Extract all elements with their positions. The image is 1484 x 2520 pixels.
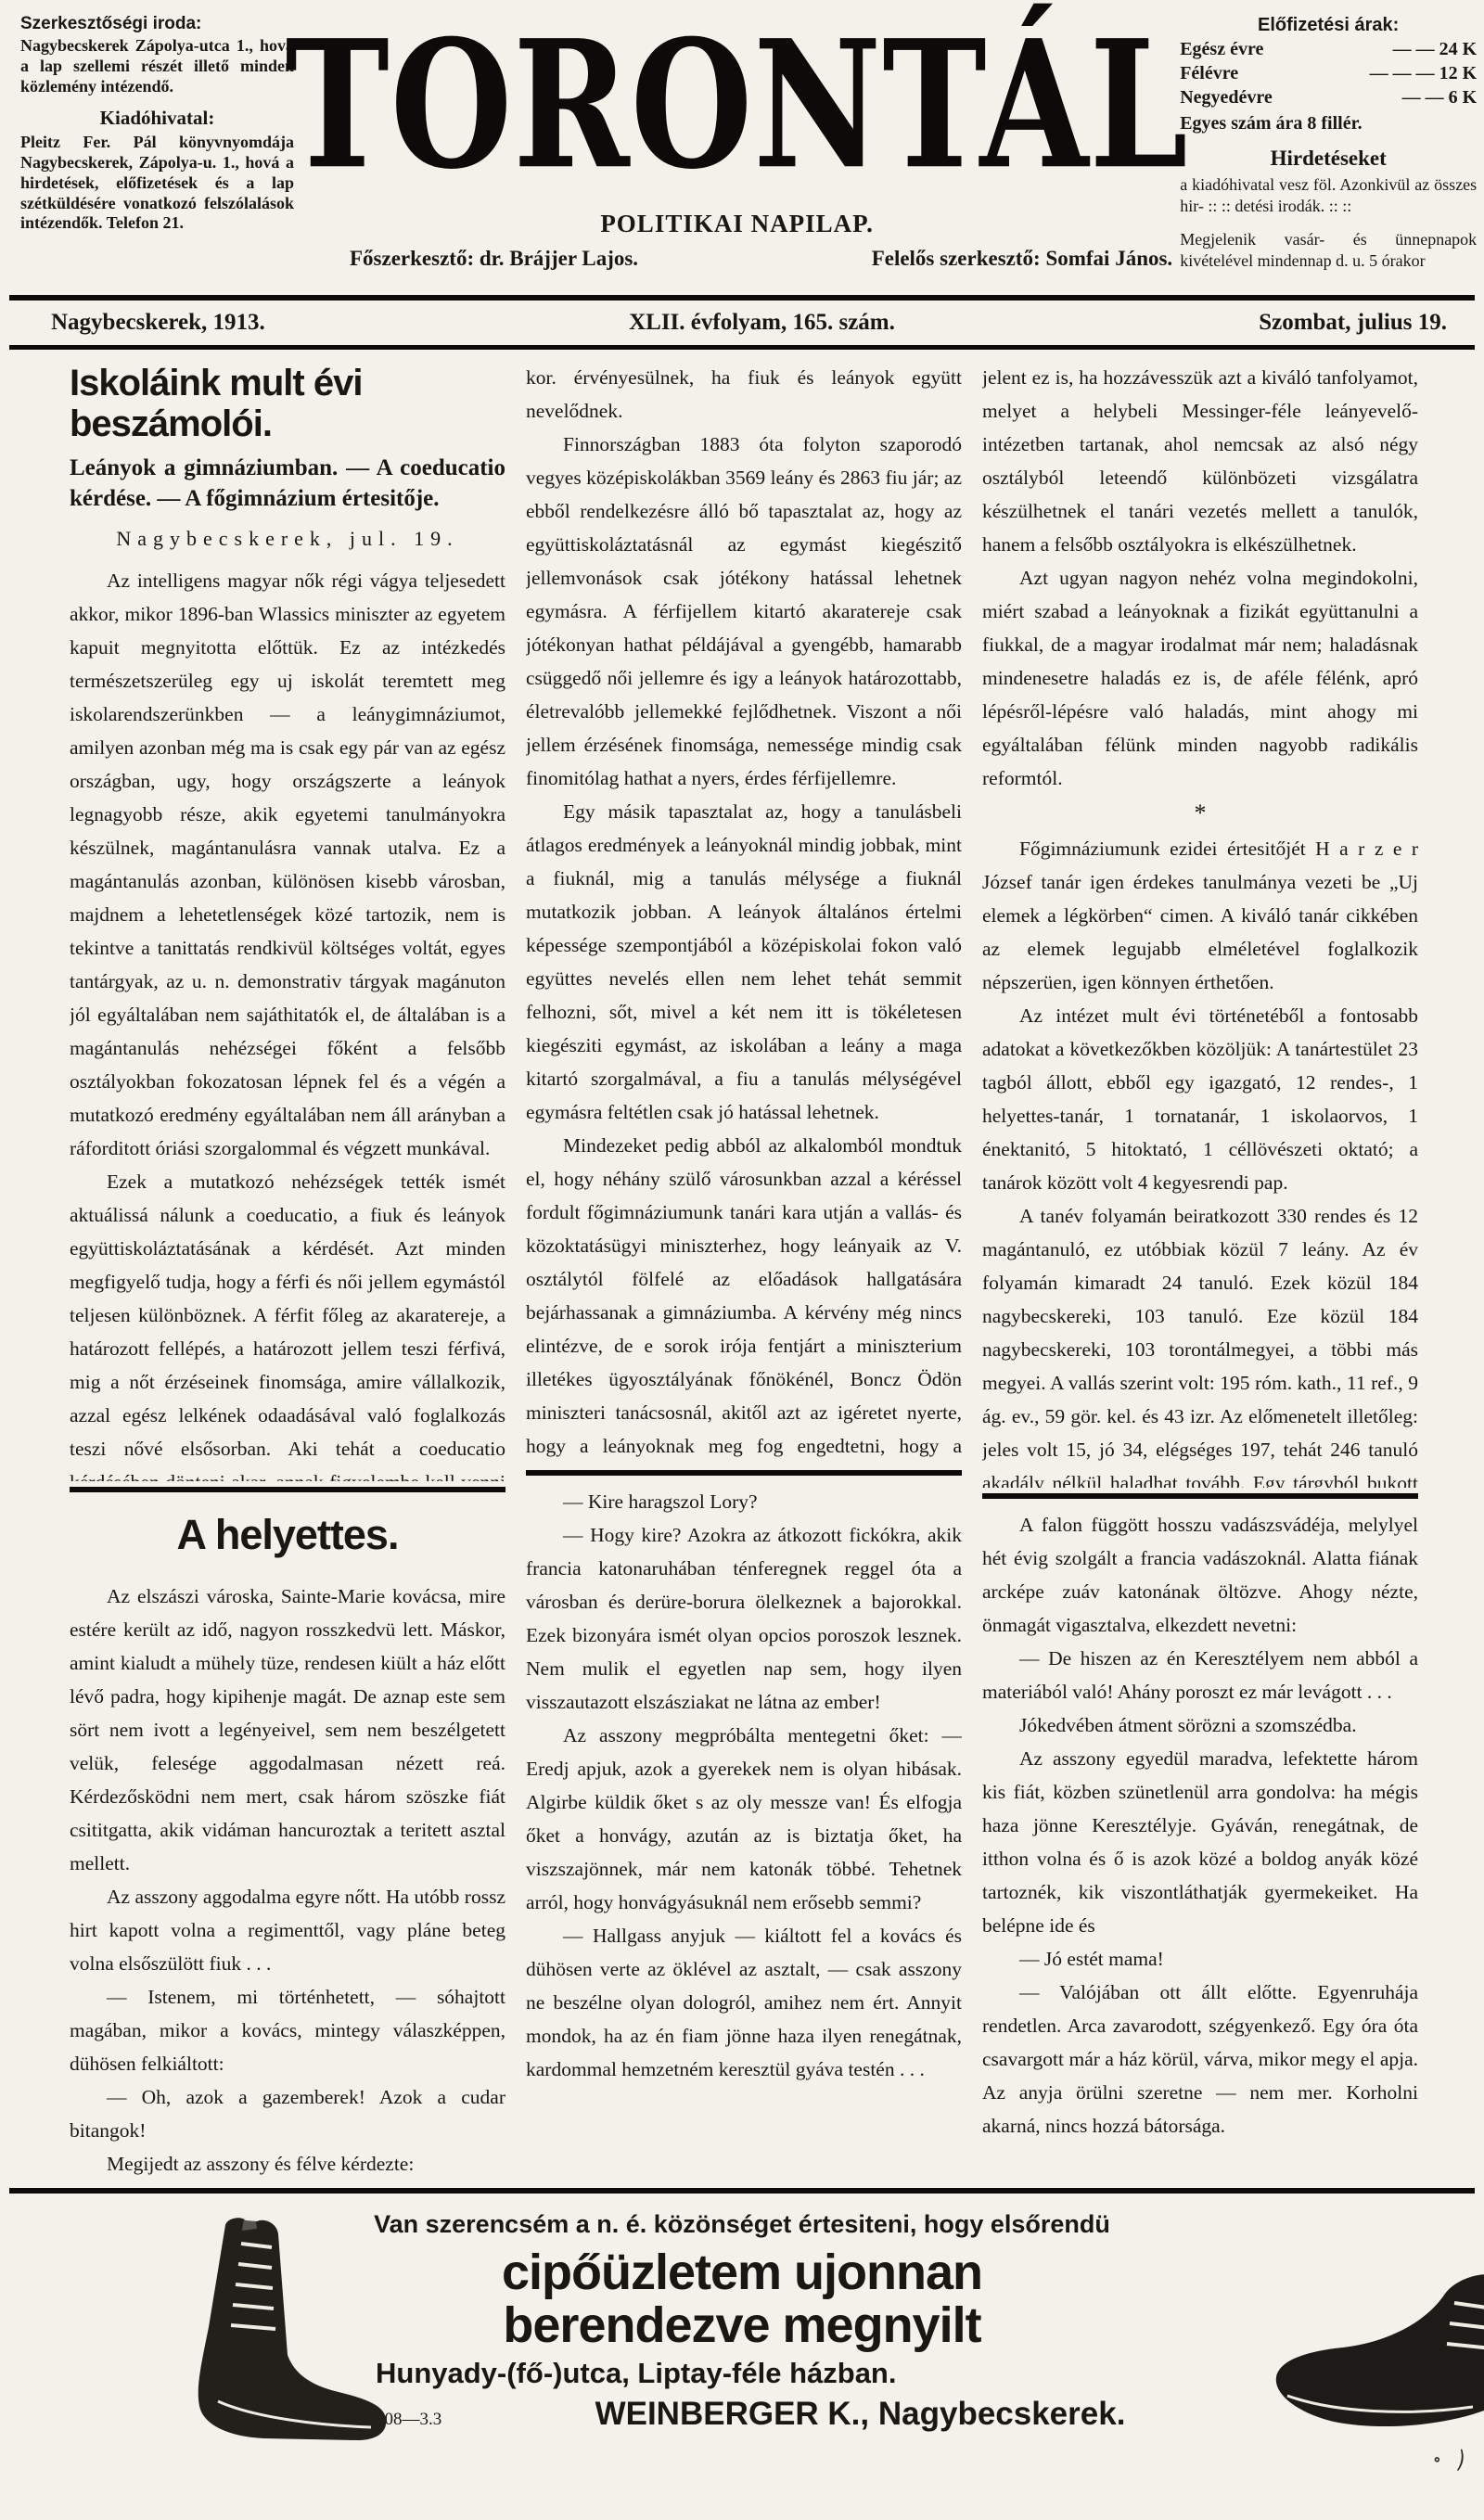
editorial-office-title: Szerkesztőségi iroda: bbox=[20, 13, 294, 34]
issue-number: XLII. évfolyam, 165. szám. bbox=[629, 310, 895, 336]
newspaper-title: TORONTÁL bbox=[285, 17, 1188, 192]
editorial-office-block: Szerkesztőségi iroda: Nagybecskerek Zápo… bbox=[20, 13, 294, 295]
publisher-title: Kiadóhivatal: bbox=[20, 107, 294, 131]
issue-dateline-row: Nagybecskerek, 1913. XLII. évfolyam, 165… bbox=[0, 301, 1484, 343]
feuilleton-paragraph: — Istenem, mi történhetett, — sóhajtott … bbox=[70, 1980, 505, 2080]
feuilleton-col3: A falon függött hosszu vadászsvádéja, me… bbox=[982, 1508, 1418, 2181]
advert-headline-2: berendezve megnyilt bbox=[325, 2299, 1159, 2352]
price-row-half-year: Félévre — — — 12 K bbox=[1180, 61, 1477, 85]
chief-editor: Főszerkesztő: dr. Brájjer Lajos. bbox=[350, 247, 638, 271]
ads-body: a kiadóhivatal vesz föl. Azonkivül az ös… bbox=[1180, 174, 1477, 218]
margin-mark: ⁀̥ bbox=[1433, 2446, 1464, 2470]
article-paragraph: Finnországban 1883 óta folyton szaporodó… bbox=[526, 428, 962, 795]
article-paragraph: Főgimnáziumunk ezidei értesitőjét H a r … bbox=[982, 832, 1418, 999]
article-paragraph: A tanév folyamán beiratkozott 330 rendes… bbox=[982, 1199, 1418, 1488]
price-row-full-year: Egész évre — — 24 K bbox=[1180, 37, 1477, 61]
newspaper-tagline: POLITIKAI NAPILAP. bbox=[294, 210, 1180, 238]
price-label: Negyedévre bbox=[1180, 85, 1273, 109]
shoe-shop-advert: Van szerencsém a n. é. közönséget értesi… bbox=[0, 2210, 1484, 2450]
price-row-quarter-year: Negyedévre — — 6 K bbox=[1180, 85, 1477, 109]
article-paragraph: kor. érvényesülnek, ha fiuk és leányok e… bbox=[526, 361, 962, 428]
boot-image-right bbox=[1269, 2266, 1484, 2442]
subscription-block: Előfizetési árak: Egész évre — — 24 K Fé… bbox=[1180, 13, 1477, 295]
section-star-separator: * bbox=[982, 795, 1418, 832]
editorial-office-address: Nagybecskerek Zápolya-utca 1., hová a la… bbox=[20, 36, 294, 97]
price-value: — — 24 K bbox=[1263, 37, 1477, 61]
newspaper-front-page: Szerkesztőségi iroda: Nagybecskerek Zápo… bbox=[0, 0, 1484, 2520]
advert-headline-1: cipőüzletem ujonnan bbox=[325, 2246, 1159, 2299]
column-2: kor. érvényesülnek, ha fiuk és leányok e… bbox=[526, 361, 962, 2181]
price-value: — — — 12 K bbox=[1238, 61, 1477, 85]
feuilleton-paragraph: A falon függött hosszu vadászsvádéja, me… bbox=[982, 1508, 1418, 1642]
section-divider bbox=[982, 1493, 1418, 1499]
advert-signature: WEINBERGER K., Nagybecskerek. bbox=[561, 2396, 1159, 2433]
feuilleton-col2: — Kire haragszol Lory? — Hogy kire? Azok… bbox=[526, 1485, 962, 2181]
responsible-editor: Felelős szerkesztő: Somfai János. bbox=[872, 247, 1173, 271]
column-1: Iskoláink mult évi beszámolói. Leányok a… bbox=[70, 361, 505, 2181]
price-label: Egész évre bbox=[1180, 37, 1263, 61]
lead-article-col1: Iskoláink mult évi beszámolói. Leányok a… bbox=[70, 361, 505, 1481]
feuilleton-paragraph: — Oh, azok a gazemberek! Azok a cudar bi… bbox=[70, 2080, 505, 2147]
feuilleton-title: A helyettes. bbox=[70, 1511, 505, 1559]
advert-top-rule bbox=[9, 2188, 1475, 2194]
feuilleton-paragraph: — Kire haragszol Lory? bbox=[526, 1485, 962, 1518]
price-value: — — 6 K bbox=[1273, 85, 1477, 109]
lead-article-title: Iskoláink mult évi beszámolói. bbox=[70, 363, 505, 444]
body-columns: Iskoláink mult évi beszámolói. Leányok a… bbox=[0, 350, 1484, 2181]
lead-article-subtitle: Leányok a gimnáziumban. — A coeducatio k… bbox=[70, 454, 505, 514]
article-paragraph: Ezek a mutatkozó nehézségek tették ismét… bbox=[70, 1165, 505, 1481]
boot-image-left bbox=[190, 2216, 403, 2448]
feuilleton-paragraph: Az elszászi városka, Sainte-Marie kovács… bbox=[70, 1580, 505, 1880]
feuilleton-paragraph: — Jó estét mama! bbox=[982, 1942, 1418, 1976]
subscription-title: Előfizetési árak: bbox=[1180, 13, 1477, 37]
masthead-center: TORONTÁL POLITIKAI NAPILAP. Főszerkesztő… bbox=[294, 13, 1180, 295]
single-copy-price: Egyes szám ára 8 fillér. bbox=[1180, 111, 1477, 135]
article-paragraph: Az intelligens magyar nők régi vágya tel… bbox=[70, 564, 505, 1165]
article-paragraph: Az intézet mult évi történetéből a fonto… bbox=[982, 999, 1418, 1199]
article-paragraph: Mindezeket pedig abból az alkalomból mon… bbox=[526, 1129, 962, 1465]
advert-text-block: Van szerencsém a n. é. közönséget értesi… bbox=[325, 2210, 1159, 2433]
masthead-header: Szerkesztőségi iroda: Nagybecskerek Zápo… bbox=[0, 0, 1484, 295]
feuilleton-col1: A helyettes. Az elszászi városka, Sainte… bbox=[70, 1502, 505, 2181]
section-divider bbox=[526, 1470, 962, 1476]
feuilleton-paragraph: Az asszony megpróbálta mentegetni őket: … bbox=[526, 1719, 962, 1919]
feuilleton-paragraph: — De hiszen az én Keresztélyem nem abból… bbox=[982, 1642, 1418, 1708]
publisher-address: Pleitz Fer. Pál könyvnyomdája Nagybecske… bbox=[20, 133, 294, 235]
issue-day: Szombat, julius 19. bbox=[1259, 310, 1447, 336]
lead-article-col2: kor. érvényesülnek, ha fiuk és leányok e… bbox=[526, 361, 962, 1465]
feuilleton-paragraph: — Valójában ott állt előtte. Egyenruhája… bbox=[982, 1976, 1418, 2143]
column-3: jelent ez is, ha hozzávesszük azt a kivá… bbox=[982, 361, 1418, 2181]
section-divider bbox=[70, 1487, 505, 1492]
feuilleton-paragraph: Az asszony aggodalma egyre nőtt. Ha utób… bbox=[70, 1880, 505, 1980]
ads-title: Hirdetéseket bbox=[1180, 145, 1477, 173]
advert-address-line: Hunyady-(fő-)utca, Liptay-féle házban. bbox=[325, 2357, 1159, 2390]
feuilleton-paragraph: Jókedvében átment sörözni a szomszédba. bbox=[982, 1708, 1418, 1742]
feuilleton-paragraph: Megijedt az asszony és félve kérdezte: bbox=[70, 2147, 505, 2181]
feuilleton-paragraph: — Hallgass anyjuk — kiáltott fel a kovác… bbox=[526, 1919, 962, 2086]
article-paragraph: Egy másik tapasztalat az, hogy a tanulás… bbox=[526, 795, 962, 1129]
publication-schedule: Megjelenik vasár- és ünnepnapok kivételé… bbox=[1180, 229, 1477, 273]
issue-place: Nagybecskerek, 1913. bbox=[51, 310, 265, 336]
editors-line: Főszerkesztő: dr. Brájjer Lajos. Felelős… bbox=[294, 247, 1180, 271]
lead-article-col3: jelent ez is, ha hozzávesszük azt a kivá… bbox=[982, 361, 1418, 1488]
article-paragraph: jelent ez is, ha hozzávesszük azt a kivá… bbox=[982, 361, 1418, 561]
article-paragraph: Azt ugyan nagyon nehéz volna megindokoln… bbox=[982, 561, 1418, 795]
article-dateline: Nagybecskerek, jul. 19. bbox=[70, 527, 505, 551]
feuilleton-paragraph: Az asszony egyedül maradva, lefektette h… bbox=[982, 1742, 1418, 1942]
advert-bottom-row: 408—3.3 WEINBERGER K., Nagybecskerek. bbox=[325, 2396, 1159, 2433]
advert-intro-line: Van szerencsém a n. é. közönséget értesi… bbox=[325, 2210, 1159, 2239]
feuilleton-paragraph: — Hogy kire? Azokra az átkozott fickókra… bbox=[526, 1518, 962, 1719]
